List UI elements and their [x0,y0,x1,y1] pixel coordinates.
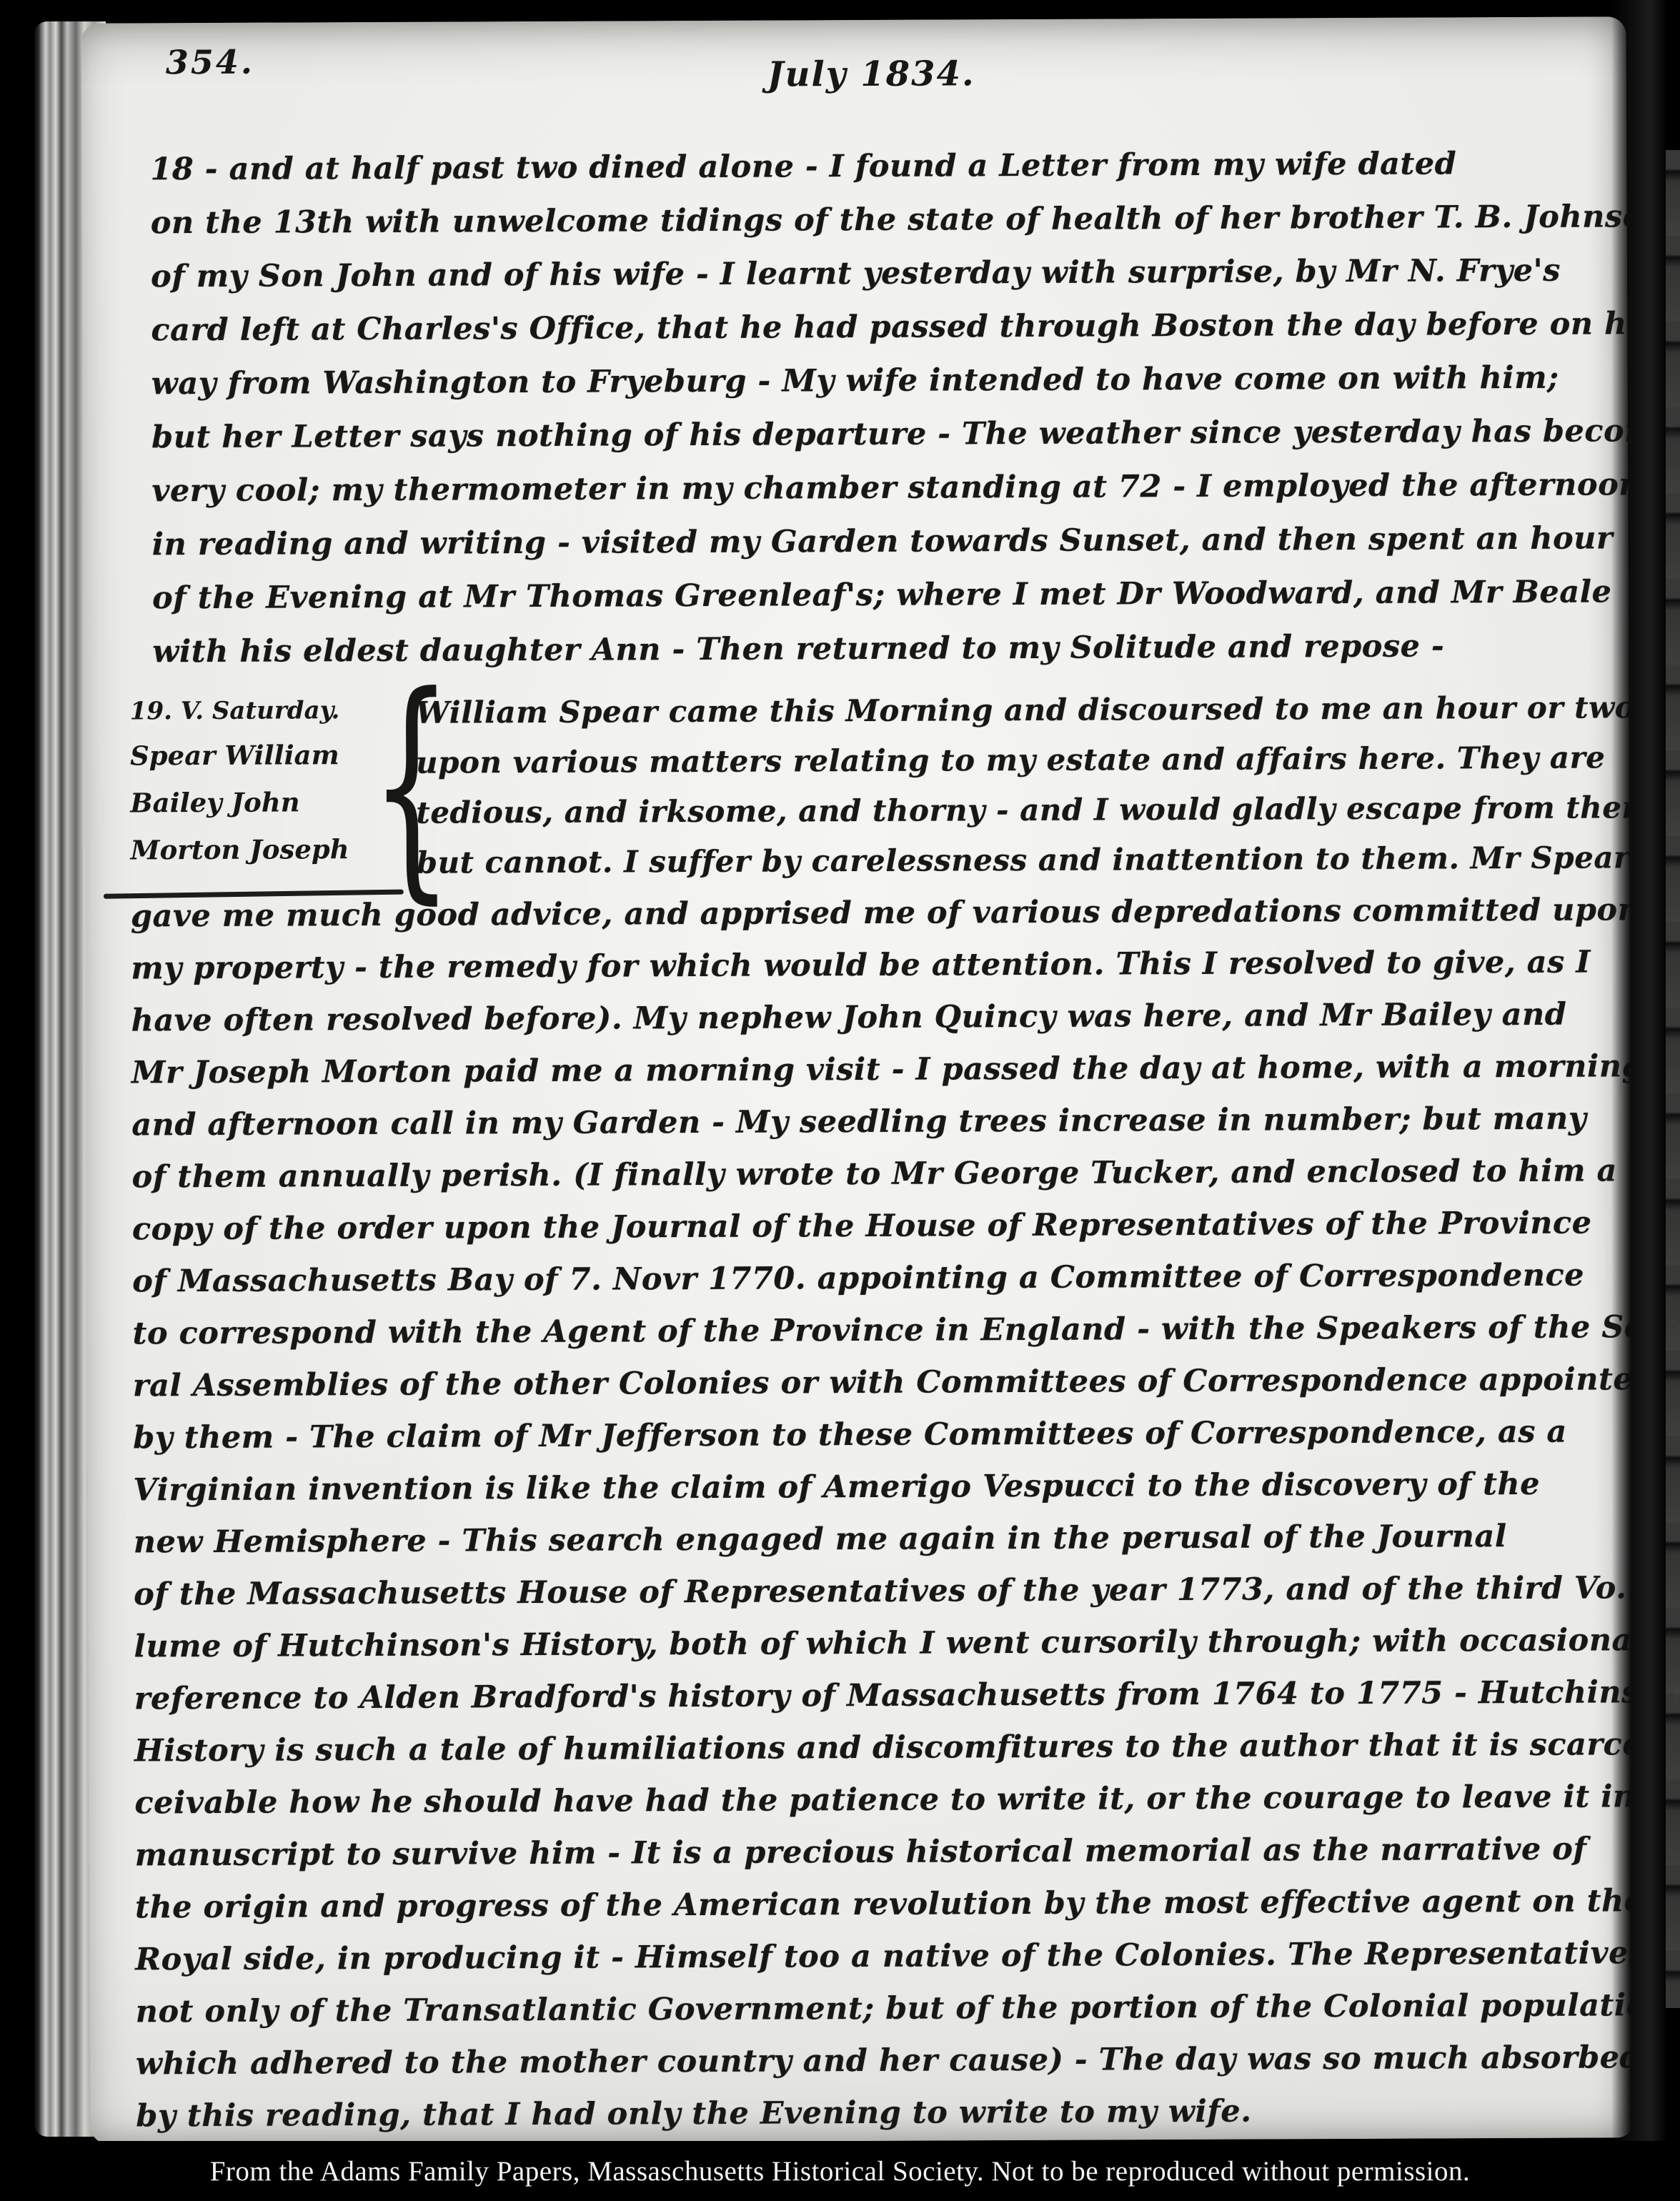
diary-entry-july-19-body: gave me much good advice, and apprised m… [131,884,1616,2142]
diary-entry-july-18: 18 - and at half past two dined alone - … [150,137,1589,680]
margin-date-label: 19. V. Saturday. [130,690,370,732]
manuscript-line: in reading and writing - visited my Gard… [152,512,1589,572]
manuscript-line: Morton Joseph [130,825,370,873]
manuscript-line: which adhered to the mother country and … [136,2032,1615,2090]
manuscript-line: my property - the remedy for which would… [131,936,1610,995]
manuscript-line: upon various matters relating to my esta… [416,732,1654,788]
manuscript-line: card left at Charles's Office, that he h… [151,298,1587,358]
manuscript-line: Virginian invention is like the claim of… [133,1458,1612,1516]
curly-brace-icon: { [370,675,397,894]
manuscript-line: of my Son John and of his wife - I learn… [151,244,1587,304]
diary-entry-july-19-header-block: 19. V. Saturday. Spear WilliamBailey Joh… [130,680,1596,890]
manuscript-line: William Spear came this Morning and disc… [416,682,1654,738]
manuscript-page: 354. July 1834. 18 - and at half past tw… [81,16,1636,2144]
entry-19-indented-text: William Spear came this Morning and disc… [416,680,1654,888]
manuscript-line: not only of the Transatlantic Government… [136,1979,1615,2038]
manuscript-line: but her Letter says nothing of his depar… [151,405,1588,465]
manuscript-line: by them - The claim of Mr Jefferson to t… [133,1406,1612,1464]
manuscript-line: by this reading, that I had only the Eve… [136,2084,1615,2142]
manuscript-line: reference to Alden Bradford's history of… [134,1666,1614,1725]
manuscript-line: to correspond with the Agent of the Prov… [132,1301,1611,1360]
margin-name-list: Spear WilliamBailey JohnMorton Joseph [130,731,371,873]
manuscript-line: of them annually perish. (I finally wrot… [131,1145,1611,1203]
manuscript-line: tedious, and irksome, and thorny - and I… [416,782,1654,838]
manuscript-line: and afternoon call in my Garden - My see… [131,1093,1611,1151]
manuscript-line: way from Washington to Fryeburg - My wif… [151,352,1588,412]
manuscript-line: Spear William [130,731,370,779]
manuscript-line: of the Massachusetts House of Representa… [134,1562,1613,1621]
manuscript-line: ceivable how he should have had the pati… [134,1771,1614,1829]
manuscript-line: copy of the order upon the Journal of th… [132,1197,1611,1256]
archive-caption-band: From the Adams Family Papers, Massaschus… [0,2141,1680,2201]
facing-page-edge [1666,150,1680,2008]
manuscript-line: with his eldest daughter Ann - Then retu… [152,620,1589,680]
page-gutter-shadow [1611,0,1667,2148]
manuscript-line: 18 - and at half past two dined alone - … [150,137,1586,197]
scanned-diary-page: 354. July 1834. 18 - and at half past tw… [0,0,1680,2201]
manuscript-line: Bailey John [130,778,370,826]
archive-caption: From the Adams Family Papers, Massaschus… [210,2155,1471,2187]
manuscript-line: of the Evening at Mr Thomas Greenleaf's;… [152,566,1589,626]
manuscript-line: the origin and progress of the American … [135,1875,1614,1934]
manuscript-line: ral Assemblies of the other Colonies or … [133,1353,1612,1412]
manuscript-line: have often resolved before). My nephew J… [131,988,1610,1047]
manuscript-line: Royal side, in producing it - Himself to… [135,1927,1614,1986]
manuscript-line: very cool; my thermometer in my chamber … [151,459,1588,519]
margin-notes: 19. V. Saturday. Spear WilliamBailey Joh… [130,685,371,873]
manuscript-line: lume of Hutchinson's History, both of wh… [134,1614,1613,1673]
manuscript-line: History is such a tale of humiliations a… [134,1719,1614,1777]
manuscript-line: gave me much good advice, and apprised m… [131,884,1610,943]
manuscript-line: but cannot. I suffer by carelessness and… [417,833,1654,888]
manuscript-line: of Massachusetts Bay of 7. Novr 1770. ap… [132,1249,1611,1308]
manuscript-line: new Hemisphere - This search engaged me … [134,1510,1613,1569]
manuscript-line: on the 13th with unwelcome tidings of th… [151,191,1587,251]
date-heading: July 1834. [767,54,975,94]
page-number: 354. [166,43,254,82]
manuscript-line: manuscript to survive him - It is a prec… [135,1823,1614,1882]
manuscript-line: Mr Joseph Morton paid me a morning visit… [131,1040,1611,1099]
